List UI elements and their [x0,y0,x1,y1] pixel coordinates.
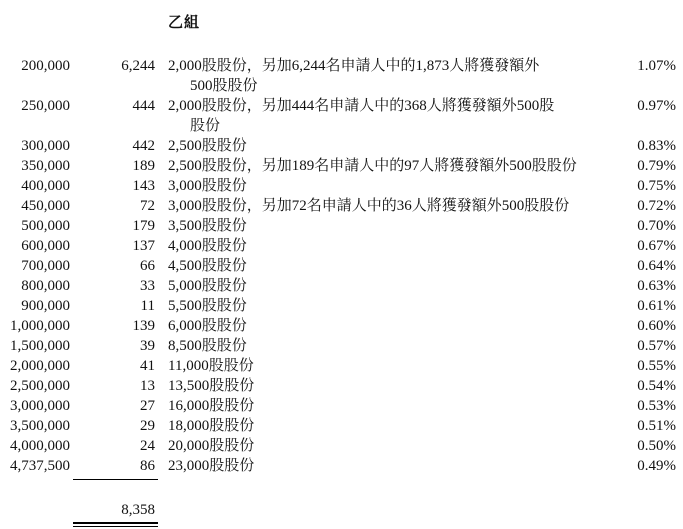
allotment-line: 20,000股股份 [168,436,576,456]
shares-applied-cell: 900,000 [0,296,70,316]
approx-rate-cell: 0.61% [576,296,676,316]
shares-applied-cell: 300,000 [0,136,70,156]
approx-rate-cell: 0.75% [576,176,676,196]
allotment-basis-cell: 16,000股股份 [155,396,576,416]
allotment-basis-cell: 3,000股股份 [155,176,576,196]
allotment-basis-cell: 2,000股股份，另加444名申請人中的368人將獲發額外500股股份 [155,96,576,136]
allotment-line: 3,500股股份 [168,216,576,236]
applicants-count-cell: 13 [70,376,155,396]
approx-rate-cell: 0.49% [576,456,676,476]
allotment-basis-cell: 13,500股股份 [155,376,576,396]
allotment-basis-cell: 3,500股股份 [155,216,576,236]
applicants-count-cell: 33 [70,276,155,296]
allotment-basis-cell: 5,500股股份 [155,296,576,316]
total-row: 8,358 [0,500,683,527]
approx-rate-cell: 0.53% [576,396,676,416]
total-applicants-value: 8,358 [70,500,155,520]
allotment-basis-cell: 4,500股股份 [155,256,576,276]
allotment-line: 5,000股股份 [168,276,576,296]
approx-rate-cell: 0.60% [576,316,676,336]
approx-rate-cell: 0.79% [576,156,676,176]
table-row: 500,000 179 3,500股股份 0.70% [0,216,683,236]
applicants-count-cell: 29 [70,416,155,436]
allotment-line: 3,000股股份 [168,176,576,196]
applicants-count-cell: 442 [70,136,155,156]
table-row: 3,500,000 29 18,000股股份 0.51% [0,416,683,436]
table-row: 350,000 189 2,500股股份，另加189名申請人中的97人將獲發額外… [0,156,683,176]
shares-applied-cell: 600,000 [0,236,70,256]
applicants-count-cell: 137 [70,236,155,256]
shares-applied-cell: 1,000,000 [0,316,70,336]
approx-rate-cell: 0.70% [576,216,676,236]
allotment-line: 13,500股股份 [168,376,576,396]
approx-rate-cell: 0.64% [576,256,676,276]
single-rule [73,479,158,484]
allotment-line: 2,000股股份，另加444名申請人中的368人將獲發額外500股 [168,96,576,116]
single-rule-cell [70,479,155,484]
allotment-line: 3,000股股份，另加72名申請人中的36人將獲發額外500股股份 [168,196,576,216]
shares-applied-cell: 200,000 [0,56,70,76]
shares-applied-cell: 4,000,000 [0,436,70,456]
table-row: 2,500,000 13 13,500股股份 0.54% [0,376,683,396]
allotment-basis-cell: 2,500股股份 [155,136,576,156]
table-row: 200,000 6,244 2,000股股份，另加6,244名申請人中的1,87… [0,56,683,96]
allotment-line: 16,000股股份 [168,396,576,416]
shares-applied-cell: 2,000,000 [0,356,70,376]
allotment-line: 2,500股股份，另加189名申請人中的97人將獲發額外500股股份 [168,156,576,176]
applicants-count-cell: 27 [70,396,155,416]
allotment-line: 23,000股股份 [168,456,576,476]
applicants-count-cell: 66 [70,256,155,276]
shares-applied-cell: 500,000 [0,216,70,236]
applicants-count-cell: 139 [70,316,155,336]
applicants-count-cell: 143 [70,176,155,196]
shares-applied-cell: 400,000 [0,176,70,196]
shares-applied-cell: 350,000 [0,156,70,176]
allotment-line: 500股股份 [168,76,576,96]
approx-rate-cell: 0.57% [576,336,676,356]
applicants-count-cell: 39 [70,336,155,356]
allotment-line: 6,000股股份 [168,316,576,336]
allotment-basis-cell: 23,000股股份 [155,456,576,476]
approx-rate-cell: 0.67% [576,236,676,256]
approx-rate-cell: 0.83% [576,136,676,156]
allotment-basis-cell: 8,500股股份 [155,336,576,356]
table-row: 2,000,000 41 11,000股股份 0.55% [0,356,683,376]
shares-applied-cell: 4,737,500 [0,456,70,476]
approx-rate-cell: 1.07% [576,56,676,76]
shares-applied-cell: 700,000 [0,256,70,276]
shares-applied-cell: 3,500,000 [0,416,70,436]
table-row: 400,000 143 3,000股股份 0.75% [0,176,683,196]
allotment-line: 4,500股股份 [168,256,576,276]
allotment-line: 11,000股股份 [168,356,576,376]
table-row: 4,737,500 86 23,000股股份 0.49% [0,456,683,476]
table-row: 900,000 11 5,500股股份 0.61% [0,296,683,316]
double-rule [73,522,158,527]
table-row: 4,000,000 24 20,000股股份 0.50% [0,436,683,456]
approx-rate-cell: 0.72% [576,196,676,216]
table-row: 600,000 137 4,000股股份 0.67% [0,236,683,256]
applicants-count-cell: 72 [70,196,155,216]
total-applicants-cell: 8,358 [70,500,155,527]
allotment-basis-cell: 4,000股股份 [155,236,576,256]
allotment-line: 2,000股股份，另加6,244名申請人中的1,873人將獲發額外 [168,56,576,76]
allotment-line: 5,500股股份 [168,296,576,316]
approx-rate-cell: 0.63% [576,276,676,296]
table-row: 1,000,000 139 6,000股股份 0.60% [0,316,683,336]
allotment-line: 8,500股股份 [168,336,576,356]
allotment-basis-cell: 11,000股股份 [155,356,576,376]
allotment-line: 2,500股股份 [168,136,576,156]
table-row: 700,000 66 4,500股股份 0.64% [0,256,683,276]
approx-rate-cell: 0.50% [576,436,676,456]
table-row: 300,000 442 2,500股股份 0.83% [0,136,683,156]
allotment-table-body: 200,000 6,244 2,000股股份，另加6,244名申請人中的1,87… [0,56,683,476]
allotment-basis-cell: 18,000股股份 [155,416,576,436]
applicants-count-cell: 11 [70,296,155,316]
allotment-line: 股份 [168,116,576,136]
allotment-basis-cell: 3,000股股份，另加72名申請人中的36人將獲發額外500股股份 [155,196,576,216]
table-row: 250,000 444 2,000股股份，另加444名申請人中的368人將獲發額… [0,96,683,136]
table-row: 800,000 33 5,000股股份 0.63% [0,276,683,296]
allotment-basis-cell: 6,000股股份 [155,316,576,336]
allotment-basis-cell: 2,000股股份，另加6,244名申請人中的1,873人將獲發額外500股股份 [155,56,576,96]
shares-applied-cell: 2,500,000 [0,376,70,396]
approx-rate-cell: 0.97% [576,96,676,116]
table-row: 450,000 72 3,000股股份，另加72名申請人中的36人將獲發額外50… [0,196,683,216]
allotment-basis-cell: 5,000股股份 [155,276,576,296]
shares-applied-cell: 1,500,000 [0,336,70,356]
shares-applied-cell: 800,000 [0,276,70,296]
group-header: 乙組 [168,13,683,33]
shares-applied-cell: 250,000 [0,96,70,116]
allotment-line: 4,000股股份 [168,236,576,256]
allotment-basis-cell: 2,500股股份，另加189名申請人中的97人將獲發額外500股股份 [155,156,576,176]
approx-rate-cell: 0.51% [576,416,676,436]
allotment-basis-cell: 20,000股股份 [155,436,576,456]
shares-applied-cell: 3,000,000 [0,396,70,416]
table-row: 3,000,000 27 16,000股股份 0.53% [0,396,683,416]
applicants-count-cell: 86 [70,456,155,476]
applicants-count-cell: 444 [70,96,155,116]
applicants-count-cell: 189 [70,156,155,176]
subtotal-rule-row [0,479,683,484]
approx-rate-cell: 0.55% [576,356,676,376]
approx-rate-cell: 0.54% [576,376,676,396]
applicants-count-cell: 6,244 [70,56,155,76]
shares-applied-cell: 450,000 [0,196,70,216]
allotment-line: 18,000股股份 [168,416,576,436]
document-page: 乙組 200,000 6,244 2,000股股份，另加6,244名申請人中的1… [0,0,683,529]
applicants-count-cell: 179 [70,216,155,236]
applicants-count-cell: 41 [70,356,155,376]
allotment-table: 200,000 6,244 2,000股股份，另加6,244名申請人中的1,87… [0,56,683,527]
applicants-count-cell: 24 [70,436,155,456]
table-row: 1,500,000 39 8,500股股份 0.57% [0,336,683,356]
